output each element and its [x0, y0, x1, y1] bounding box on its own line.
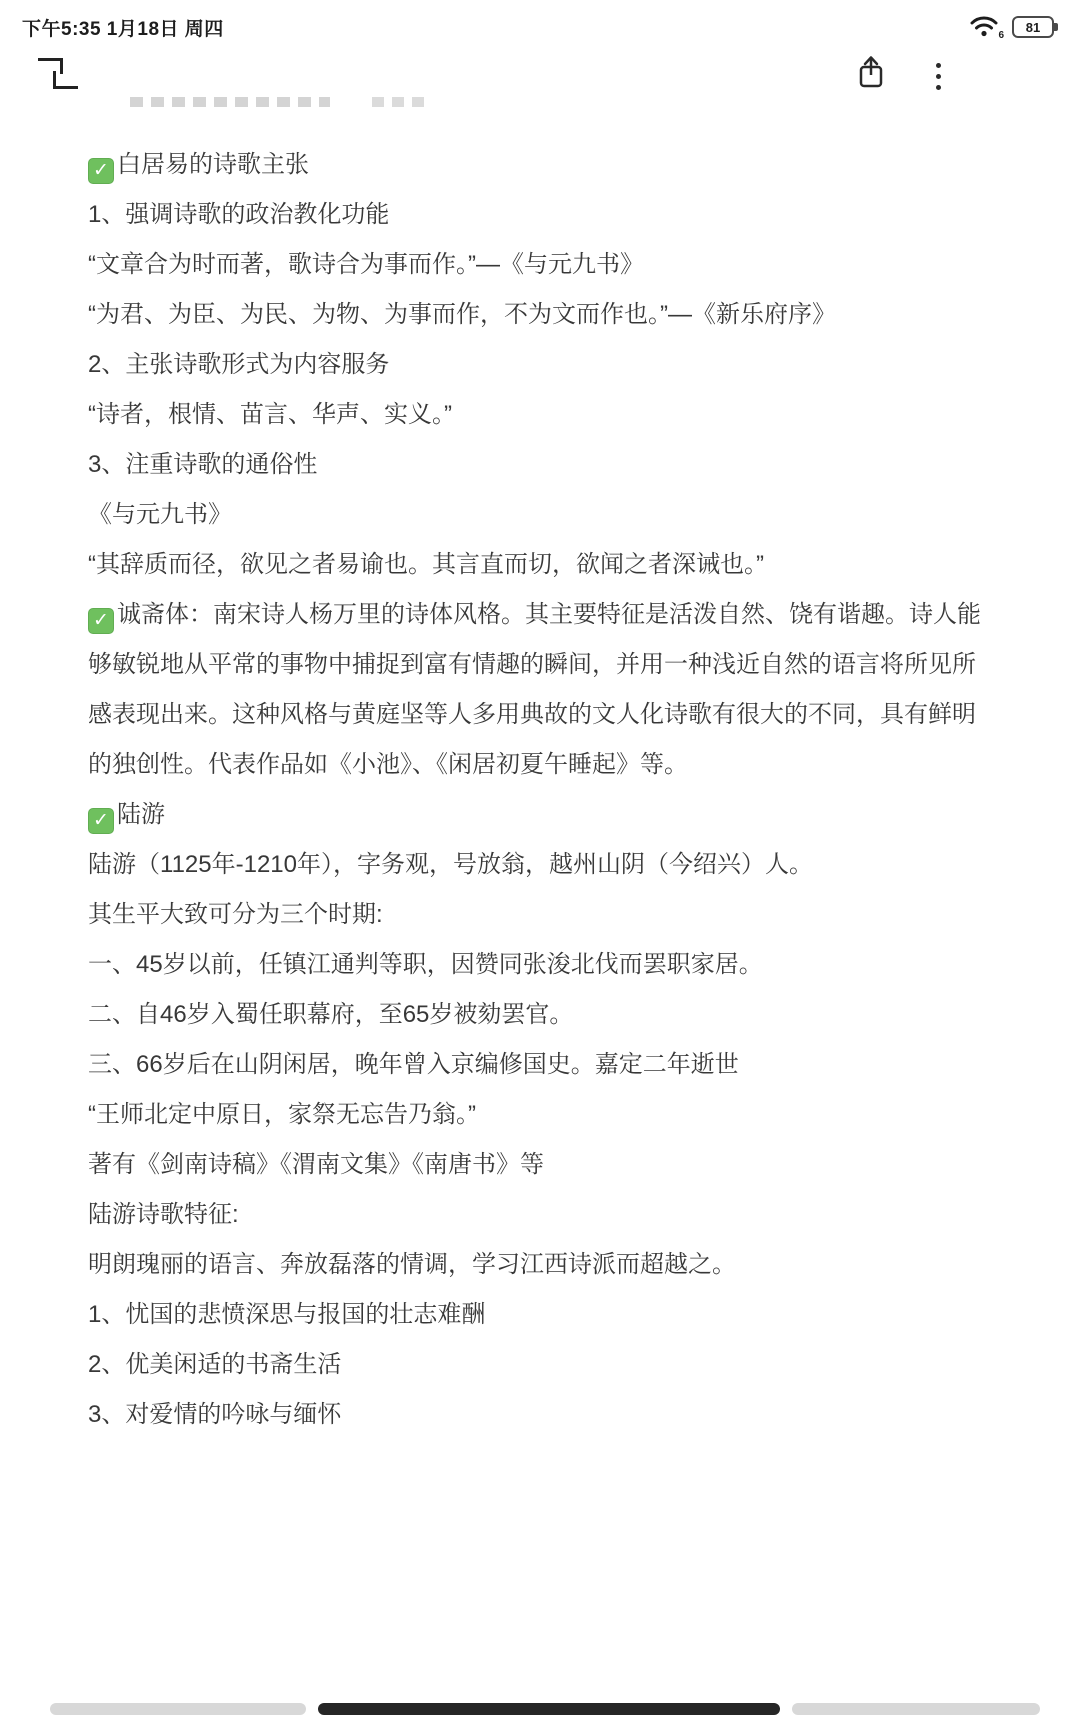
- paragraph: ✓诚斋体：南宋诗人杨万里的诗体风格。其主要特征是活泼自然、饶有谐趣。诗人能够敏锐…: [88, 590, 998, 790]
- ellipsis-icon: [936, 85, 941, 90]
- paragraph-text: 一、45岁以前，任镇江通判等职，因赞同张浚北伐而罢职家居。: [88, 951, 763, 978]
- paragraph-text: 白居易的诗歌主张: [117, 151, 309, 178]
- check-icon: ✓: [88, 608, 114, 634]
- status-bar: 下午5:35 1月18日 周四 6 81: [0, 0, 1080, 46]
- paragraph-text: 1、忧国的悲愤深思与报国的壮志难酬: [88, 1301, 485, 1328]
- more-menu-button[interactable]: [930, 56, 946, 96]
- paragraph: 1、忧国的悲愤深思与报国的壮志难酬: [88, 1290, 998, 1340]
- paragraph-text: 明朗瑰丽的语言、奔放磊落的情调，学习江西诗派而超越之。: [88, 1251, 736, 1278]
- paragraph: ✓陆游: [88, 790, 998, 840]
- document-body: ✓白居易的诗歌主张1、强调诗歌的政治教化功能“文章合为时而著，歌诗合为事而作。”…: [88, 140, 998, 1440]
- clipped-text-remnant: [372, 97, 432, 107]
- check-icon: ✓: [88, 158, 114, 184]
- paragraph: “诗者，根情、苗言、华声、实义。”: [88, 390, 998, 440]
- wifi-generation-label: 6: [998, 30, 1004, 41]
- paragraph: 一、45岁以前，任镇江通判等职，因赞同张浚北伐而罢职家居。: [88, 940, 998, 990]
- paragraph-text: 1、强调诗歌的政治教化功能: [88, 201, 389, 228]
- paragraph: 2、主张诗歌形式为内容服务: [88, 340, 998, 390]
- wifi-icon: 6: [970, 15, 1000, 39]
- ellipsis-icon: [936, 74, 941, 79]
- paragraph: ✓白居易的诗歌主张: [88, 140, 998, 190]
- scrollbar-thumb[interactable]: [318, 1703, 780, 1715]
- battery-percent: 81: [1026, 20, 1040, 35]
- paragraph-text: 著有《剑南诗稿》《渭南文集》《南唐书》等: [88, 1151, 544, 1178]
- paragraph-text: 陆游: [117, 801, 165, 828]
- paragraph: 明朗瑰丽的语言、奔放磊落的情调，学习江西诗派而超越之。: [88, 1240, 998, 1290]
- paragraph-text: 三、66岁后在山阴闲居，晚年曾入京编修国史。嘉定二年逝世: [88, 1051, 739, 1078]
- paragraph-text: “其辞质而径，欲见之者易谕也。其言直而切，欲闻之者深诫也。”: [88, 551, 764, 578]
- paragraph-text: 其生平大致可分为三个时期:: [88, 901, 383, 928]
- crop-button[interactable]: [36, 56, 80, 96]
- paragraph-text: 二、自46岁入蜀任职幕府，至65岁被劾罢官。: [88, 1001, 573, 1028]
- paragraph: 2、优美闲适的书斋生活: [88, 1340, 998, 1390]
- paragraph: 《与元九书》: [88, 490, 998, 540]
- paragraph: “王师北定中原日，家祭无忘告乃翁。”: [88, 1090, 998, 1140]
- paragraph-text: 2、主张诗歌形式为内容服务: [88, 351, 389, 378]
- status-datetime: 下午5:35 1月18日 周四: [22, 14, 224, 41]
- paragraph-text: “文章合为时而著，歌诗合为事而作。”—《与元九书》: [88, 251, 644, 278]
- paragraph-text: “诗者，根情、苗言、华声、实义。”: [88, 401, 452, 428]
- paragraph: 其生平大致可分为三个时期:: [88, 890, 998, 940]
- paragraph-text: “王师北定中原日，家祭无忘告乃翁。”: [88, 1101, 476, 1128]
- paragraph: 著有《剑南诗稿》《渭南文集》《南唐书》等: [88, 1140, 998, 1190]
- share-icon: [856, 54, 886, 92]
- paragraph: 陆游诗歌特征:: [88, 1190, 998, 1240]
- clipped-text-remnant: [130, 97, 330, 107]
- paragraph: 陆游（1125年-1210年），字务观，号放翁，越州山阴（今绍兴）人。: [88, 840, 998, 890]
- paragraph: 3、对爱情的吟咏与缅怀: [88, 1390, 998, 1440]
- battery-icon: 81: [1012, 16, 1054, 38]
- paragraph: “文章合为时而著，歌诗合为事而作。”—《与元九书》: [88, 240, 998, 290]
- toolbar: [0, 52, 1080, 102]
- paragraph: 二、自46岁入蜀任职幕府，至65岁被劾罢官。: [88, 990, 998, 1040]
- scrollbar-track-left[interactable]: [50, 1703, 306, 1715]
- check-icon: ✓: [88, 808, 114, 834]
- paragraph: “其辞质而径，欲见之者易谕也。其言直而切，欲闻之者深诫也。”: [88, 540, 998, 590]
- page-scrollbar[interactable]: [0, 1702, 1080, 1716]
- status-icons: 6 81: [970, 15, 1054, 39]
- paragraph: 三、66岁后在山阴闲居，晚年曾入京编修国史。嘉定二年逝世: [88, 1040, 998, 1090]
- paragraph: 3、注重诗歌的通俗性: [88, 440, 998, 490]
- paragraph-text: 3、注重诗歌的通俗性: [88, 451, 317, 478]
- scrollbar-track-right[interactable]: [792, 1703, 1040, 1715]
- paragraph-text: 《与元九书》: [88, 501, 232, 528]
- ellipsis-icon: [936, 63, 941, 68]
- crop-icon: [53, 71, 78, 89]
- paragraph: 1、强调诗歌的政治教化功能: [88, 190, 998, 240]
- paragraph-text: 陆游诗歌特征:: [88, 1201, 239, 1228]
- paragraph: “为君、为臣、为民、为物、为事而作，不为文而作也。”—《新乐府序》: [88, 290, 998, 340]
- paragraph-text: 诚斋体：南宋诗人杨万里的诗体风格。其主要特征是活泼自然、饶有谐趣。诗人能够敏锐地…: [88, 601, 981, 778]
- paragraph-text: 2、优美闲适的书斋生活: [88, 1351, 341, 1378]
- paragraph-text: “为君、为臣、为民、为物、为事而作，不为文而作也。”—《新乐府序》: [88, 301, 836, 328]
- paragraph-text: 3、对爱情的吟咏与缅怀: [88, 1401, 341, 1428]
- paragraph-text: 陆游（1125年-1210年），字务观，号放翁，越州山阴（今绍兴）人。: [88, 851, 813, 878]
- share-button[interactable]: [856, 54, 888, 94]
